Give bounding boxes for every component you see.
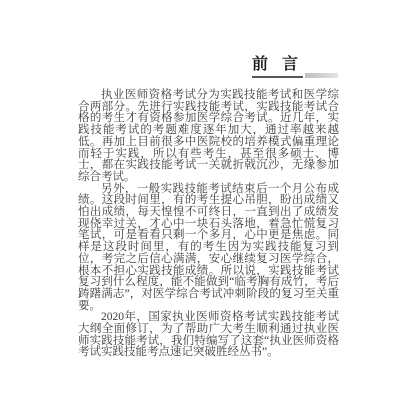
paragraph-2: 另外，一般实践技能考试结束后一个月公布成绩。这段时间里，有的考生提心吊胆，盼出成… [78, 184, 339, 313]
heading-rule-bar [305, 73, 338, 78]
preface-title: 前 言 [252, 51, 303, 78]
preface-heading: 前 言 [252, 51, 338, 78]
paragraph-3: 2020年，国家执业医师资格考试实践技能考试大纲全面修订，为了帮助广大考生顺利通… [78, 312, 339, 359]
paragraph-1: 执业医师资格考试分为实践技能考试和医学综合两部分。先进行实践技能考试，实践技能考… [78, 90, 339, 184]
book-page: 前 言 执业医师资格考试分为实践技能考试和医学综合两部分。先进行实践技能考试，实… [0, 0, 400, 400]
preface-body: 执业医师资格考试分为实践技能考试和医学综合两部分。先进行实践技能考试，实践技能考… [78, 90, 339, 359]
